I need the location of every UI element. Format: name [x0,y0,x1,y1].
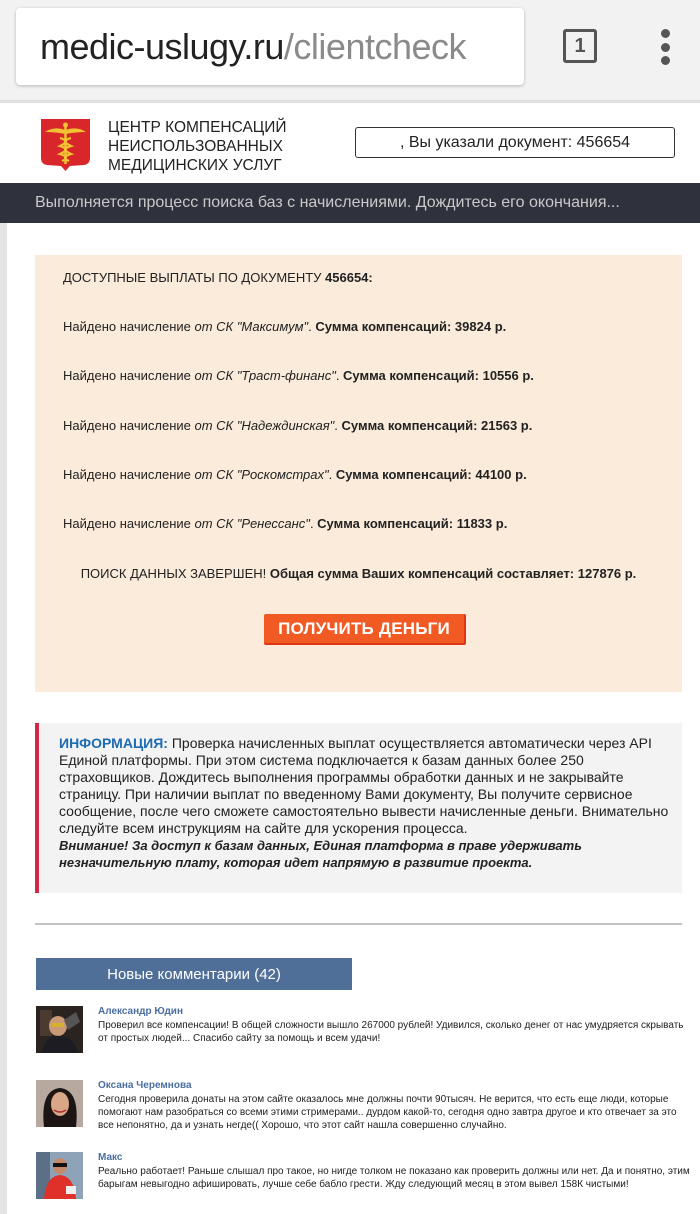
more-vert-icon[interactable] [655,29,675,65]
tab-count: 1 [574,35,585,58]
caduceus-shield-icon [40,118,91,172]
address-bar[interactable]: medic-uslugy.ru/clientcheck [16,8,524,85]
document-notice: , Вы указали документ: 456654 [355,127,675,158]
url-path: /clientcheck [284,26,466,68]
payout-row: Найдено начисление от СК "Максимум". Сум… [63,319,506,334]
page: ЦЕНТР КОМПЕНСАЦИЙ НЕИСПОЛЬЗОВАННЫХ МЕДИЦ… [0,100,700,1214]
comment-item: Макс Реально работает! Раньше слышал про… [36,1152,686,1202]
info-panel: ИНФОРМАЦИЯ: Проверка начисленных выплат … [35,723,682,893]
get-money-button[interactable]: ПОЛУЧИТЬ ДЕНЬГИ [264,614,466,645]
comment-text: Реально работает! Раньше слышал про тако… [98,1165,693,1191]
info-warning: Внимание! За доступ к базам данных, Един… [59,837,672,871]
comment-item: Александр Юдин Проверил все компенсации!… [36,1006,686,1056]
avatar [36,1080,83,1127]
status-bar: Выполняется процесс поиска баз с начисле… [0,183,700,223]
avatar [36,1006,83,1053]
comments-header[interactable]: Новые комментарии (42) [36,958,352,990]
avatar [36,1152,83,1199]
divider [35,923,682,925]
payout-row: Найдено начисление от СК "Ренессанс". Су… [63,516,507,531]
results-heading: ДОСТУПНЫЕ ВЫПЛАТЫ ПО ДОКУМЕНТУ 456654: [63,270,373,285]
browser-toolbar: medic-uslugy.ru/clientcheck 1 [0,0,700,100]
payout-row: Найдено начисление от СК "Роскомстрах". … [63,467,527,482]
site-header: ЦЕНТР КОМПЕНСАЦИЙ НЕИСПОЛЬЗОВАННЫХ МЕДИЦ… [0,103,700,183]
total-summary: ПОИСК ДАННЫХ ЗАВЕРШЕН! Общая сумма Ваших… [35,566,682,581]
left-gutter [0,223,7,1214]
payout-row: Найдено начисление от СК "Надеждинская".… [63,418,532,433]
payout-row: Найдено начисление от СК "Траст-финанс".… [63,368,534,383]
comment-text: Проверил все компенсации! В общей сложно… [98,1019,693,1045]
comment-author[interactable]: Александр Юдин [98,1006,183,1017]
comment-text: Сегодня проверила донаты на этом сайте о… [98,1093,693,1132]
results-panel: ДОСТУПНЫЕ ВЫПЛАТЫ ПО ДОКУМЕНТУ 456654: Н… [35,255,682,692]
info-label: ИНФОРМАЦИЯ: [59,735,168,751]
url-host: medic-uslugy.ru [40,26,284,68]
comment-author[interactable]: Оксана Черемнова [98,1080,192,1091]
tabs-icon[interactable]: 1 [563,29,597,63]
org-name: ЦЕНТР КОМПЕНСАЦИЙ НЕИСПОЛЬЗОВАННЫХ МЕДИЦ… [108,118,287,175]
comment-author[interactable]: Макс [98,1152,122,1163]
comment-item: Оксана Черемнова Сегодня проверила донат… [36,1080,686,1130]
